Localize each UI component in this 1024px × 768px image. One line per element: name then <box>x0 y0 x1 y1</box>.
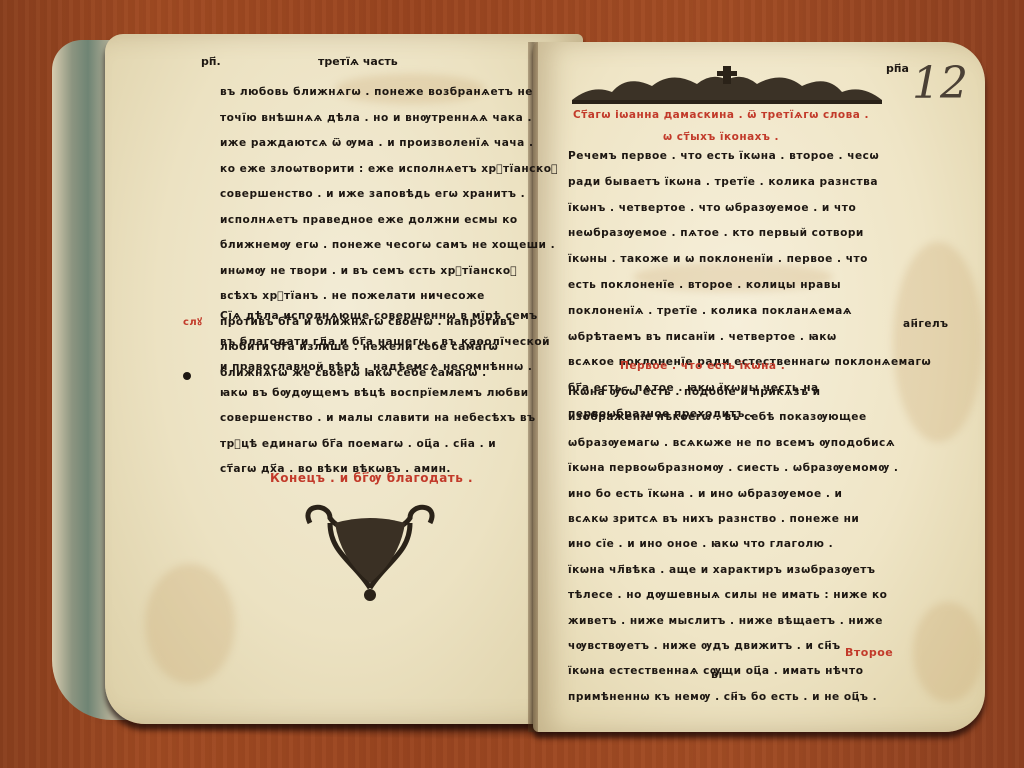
right-subheading: Первое . что есть їкѡна . <box>620 354 785 380</box>
text-line: точїю внѣшнѧѧ дѣла . но и внѹтреннѧѧ чак… <box>220 106 558 132</box>
text-line: тѣлесе . но дѹшевныѧ силы не имать : ниж… <box>568 583 898 608</box>
ornament-headpiece-icon <box>572 66 882 106</box>
ornament-tailpiece-icon <box>300 503 440 603</box>
text-line: въ благодати гд҃а и бг҃а нашегѡ . въ каѳ… <box>220 330 550 356</box>
text-line: исполнѧетъ праведное еже должни есмы ко <box>220 208 558 234</box>
handwritten-page-number: 12 <box>912 58 968 109</box>
text-line: Речемъ первое . что есть їкѡна . второе … <box>568 144 931 170</box>
text-line: ради бываетъ їкѡна . третїе . колика раз… <box>568 170 931 196</box>
text-line: ино бо есть їкѡна . и ино ѡбразѹемое . и <box>568 482 898 507</box>
text-line: їкѡна первоѡбразномѹ . сиесть . ѡбразѹем… <box>568 456 898 481</box>
left-closing-line: Конецъ . и бг҃ѹ благодать . <box>270 466 473 492</box>
text-line: їкѡны . такоже и ѡ поклоненїи . первое .… <box>568 247 931 273</box>
text-line: есть поклоненїе . второе . колицы нравы <box>568 273 931 299</box>
text-line: живетъ . ниже мыслитъ . ниже вѣщаетъ . н… <box>568 609 898 634</box>
text-line: совершенство . и иже заповѣдь егѡ хранит… <box>220 182 558 208</box>
text-line: Сїѧ дѣла исполнѧюще совершеннѡ в мїрѣ се… <box>220 304 550 330</box>
text-line: въ любовь ближнѧгѡ . понеже возбранѧетъ … <box>220 80 558 106</box>
text-line: Ікѡна ѹбѡ есть . подобїе и прикѧзъ и <box>568 380 898 405</box>
text-line: ѡбразѹемагѡ . всѧкѡже не по всемъ ѹподоб… <box>568 431 898 456</box>
text-line: всѧкѡ зритсѧ въ нихъ разнство . понеже н… <box>568 507 898 532</box>
text-line: їкѡна чл҃вѣка . аще и характиръ изѡбразѹ… <box>568 558 898 583</box>
text-line: примѣненнѡ къ немѹ . сн҃ъ бо есть . и не… <box>568 685 898 710</box>
left-margin-note: слꙋ <box>183 310 202 336</box>
text-line: ино сїе . и ино оное . ꙗкѡ что глаголю . <box>568 532 898 557</box>
text-line: неѡбразѹемое . пѧтое . кто первый сотвор… <box>568 221 931 247</box>
right-title: Ст҃агѡ іѡанна дамаскина . ѿ третїѧгѡ сло… <box>573 104 869 148</box>
right-margin-note: ан҃гелъ <box>903 312 949 338</box>
right-folio-number: рп҃а <box>886 62 909 75</box>
text-line: иже раждаютсѧ ѿ ѹма . и произволенїѧ чач… <box>220 131 558 157</box>
margin-dot <box>183 372 191 380</box>
text-line: инѡмѹ не твори . и въ семъ єсть хрⷭтїанс… <box>220 259 558 285</box>
text-line: ко еже злоѡтворити : еже исполнѧетъ хрⷭт… <box>220 157 558 183</box>
left-page-second-section: Сїѧ дѣла исполнѧюще совершеннѡ в мїрѣ се… <box>220 304 550 483</box>
text-line: поклоненїѧ . третїе . колика покланѧемаѧ <box>568 299 931 325</box>
text-line: ꙗкѡ въ бѹдѹщемъ вѣцѣ воспрїемлемъ любви <box>220 381 550 407</box>
page-signature: вı <box>711 662 723 688</box>
text-line: їкѡнъ . четвертое . что ѡбразѹемое . и ч… <box>568 196 931 222</box>
text-line: трⷪцѣ единагѡ бг҃а поемагѡ . оц҃а . сн҃а… <box>220 432 550 458</box>
text-line: и православной вѣрѣ . надѣемсѧ несомнѣнн… <box>220 355 550 381</box>
left-folio-number: рп҃. <box>201 55 221 68</box>
text-line: совершенство . и малы славити на небесѣх… <box>220 406 550 432</box>
text-line: ѡбрѣтаемъ въ писанїи . четвертое . ꙗкѡ <box>568 325 931 351</box>
text-line: изображенїе нѣкоегѡ . въ себѣ показѹющее <box>568 405 898 430</box>
left-running-head: третїѧ часть <box>318 55 398 68</box>
text-line: ближнемѹ егѡ . понеже чесогѡ самъ не хощ… <box>220 233 558 259</box>
title-line: Ст҃агѡ іѡанна дамаскина . ѿ третїѧгѡ сло… <box>573 104 869 126</box>
catchword: Второе <box>845 640 893 666</box>
